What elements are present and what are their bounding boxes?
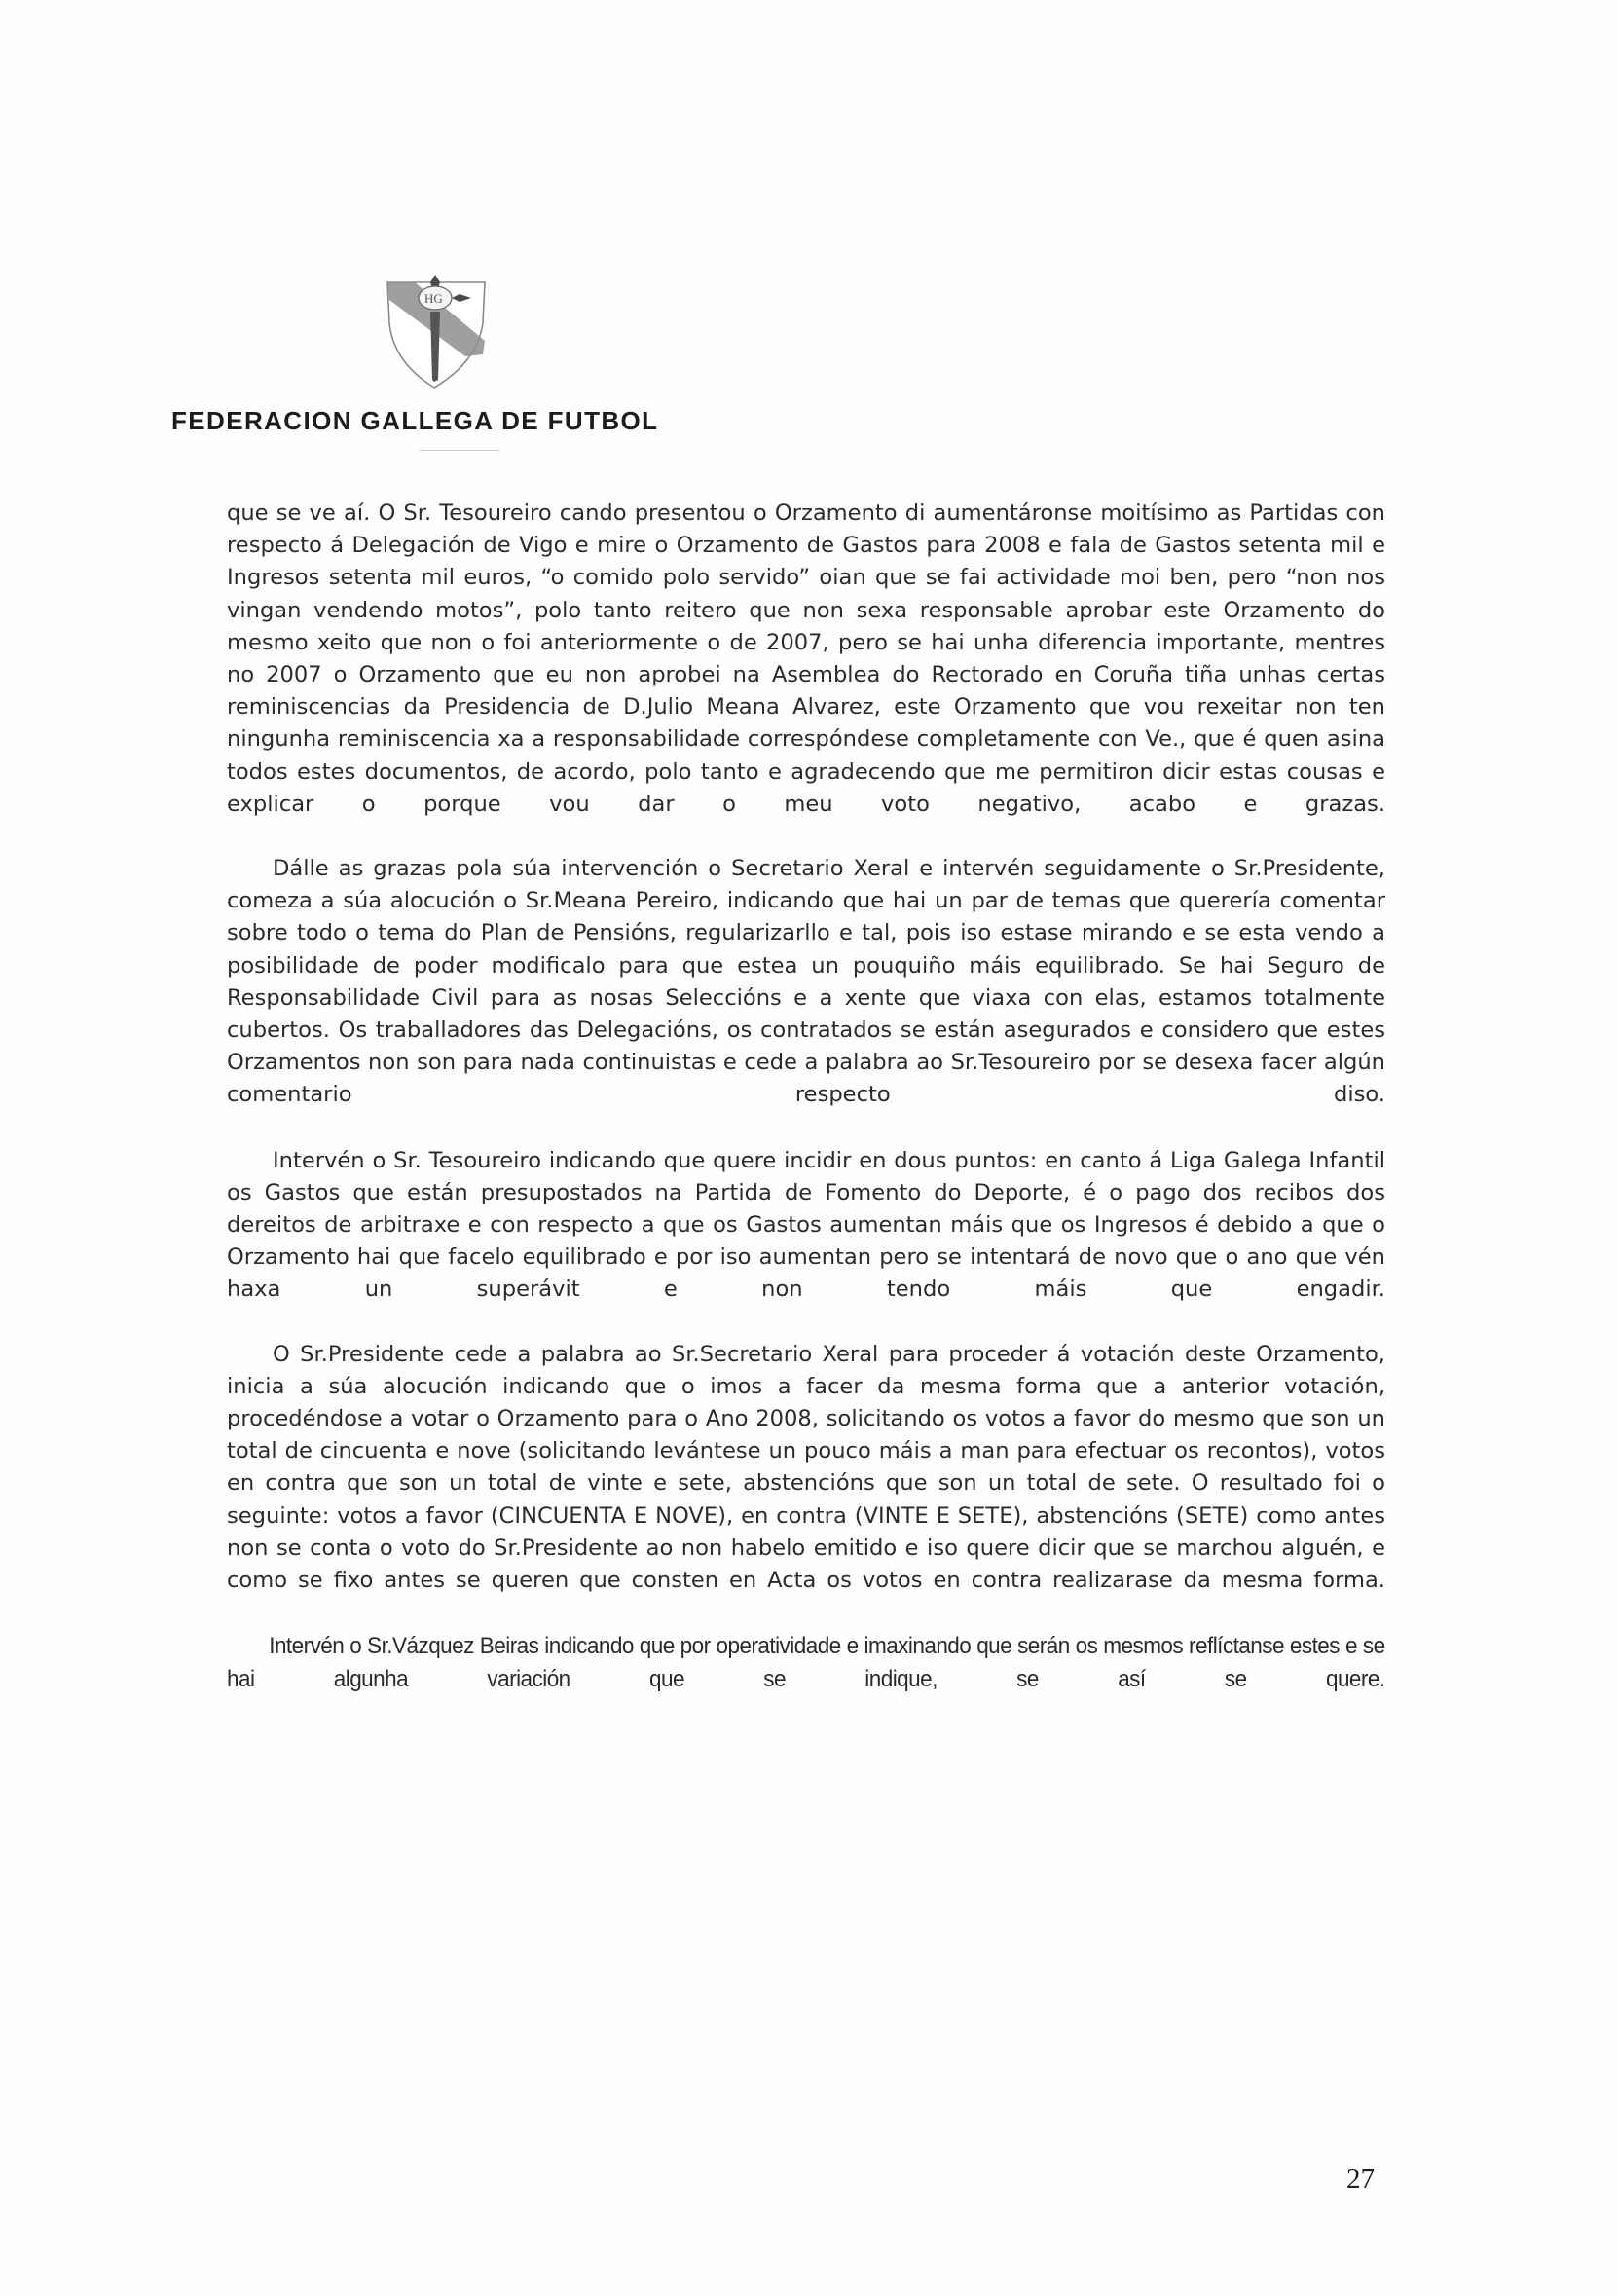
paragraph-president-response: Dálle as grazas pola súa intervención o … [227, 853, 1385, 1112]
header-divider [420, 450, 499, 451]
federation-shield-crest-icon: HG [382, 273, 491, 389]
paragraph-treasurer-reply: Intervén o Sr. Tesoureiro indicando que … [227, 1145, 1385, 1307]
paragraph-vazquez-beiras: Intervén o Sr.Vázquez Beiras indicando q… [227, 1630, 1385, 1694]
organization-name: FEDERACION GALLEGA DE FUTBOL [171, 406, 717, 436]
svg-text:HG: HG [424, 291, 443, 306]
paragraph-treasurer-remarks: que se ve aí. O Sr. Tesoureiro cando pre… [227, 498, 1385, 821]
paragraph-budget-vote: O Sr.Presidente cede a palabra ao Sr.Sec… [227, 1339, 1385, 1598]
document-body: que se ve aí. O Sr. Tesoureiro cando pre… [227, 498, 1385, 1695]
page-number: 27 [1346, 2164, 1375, 2196]
